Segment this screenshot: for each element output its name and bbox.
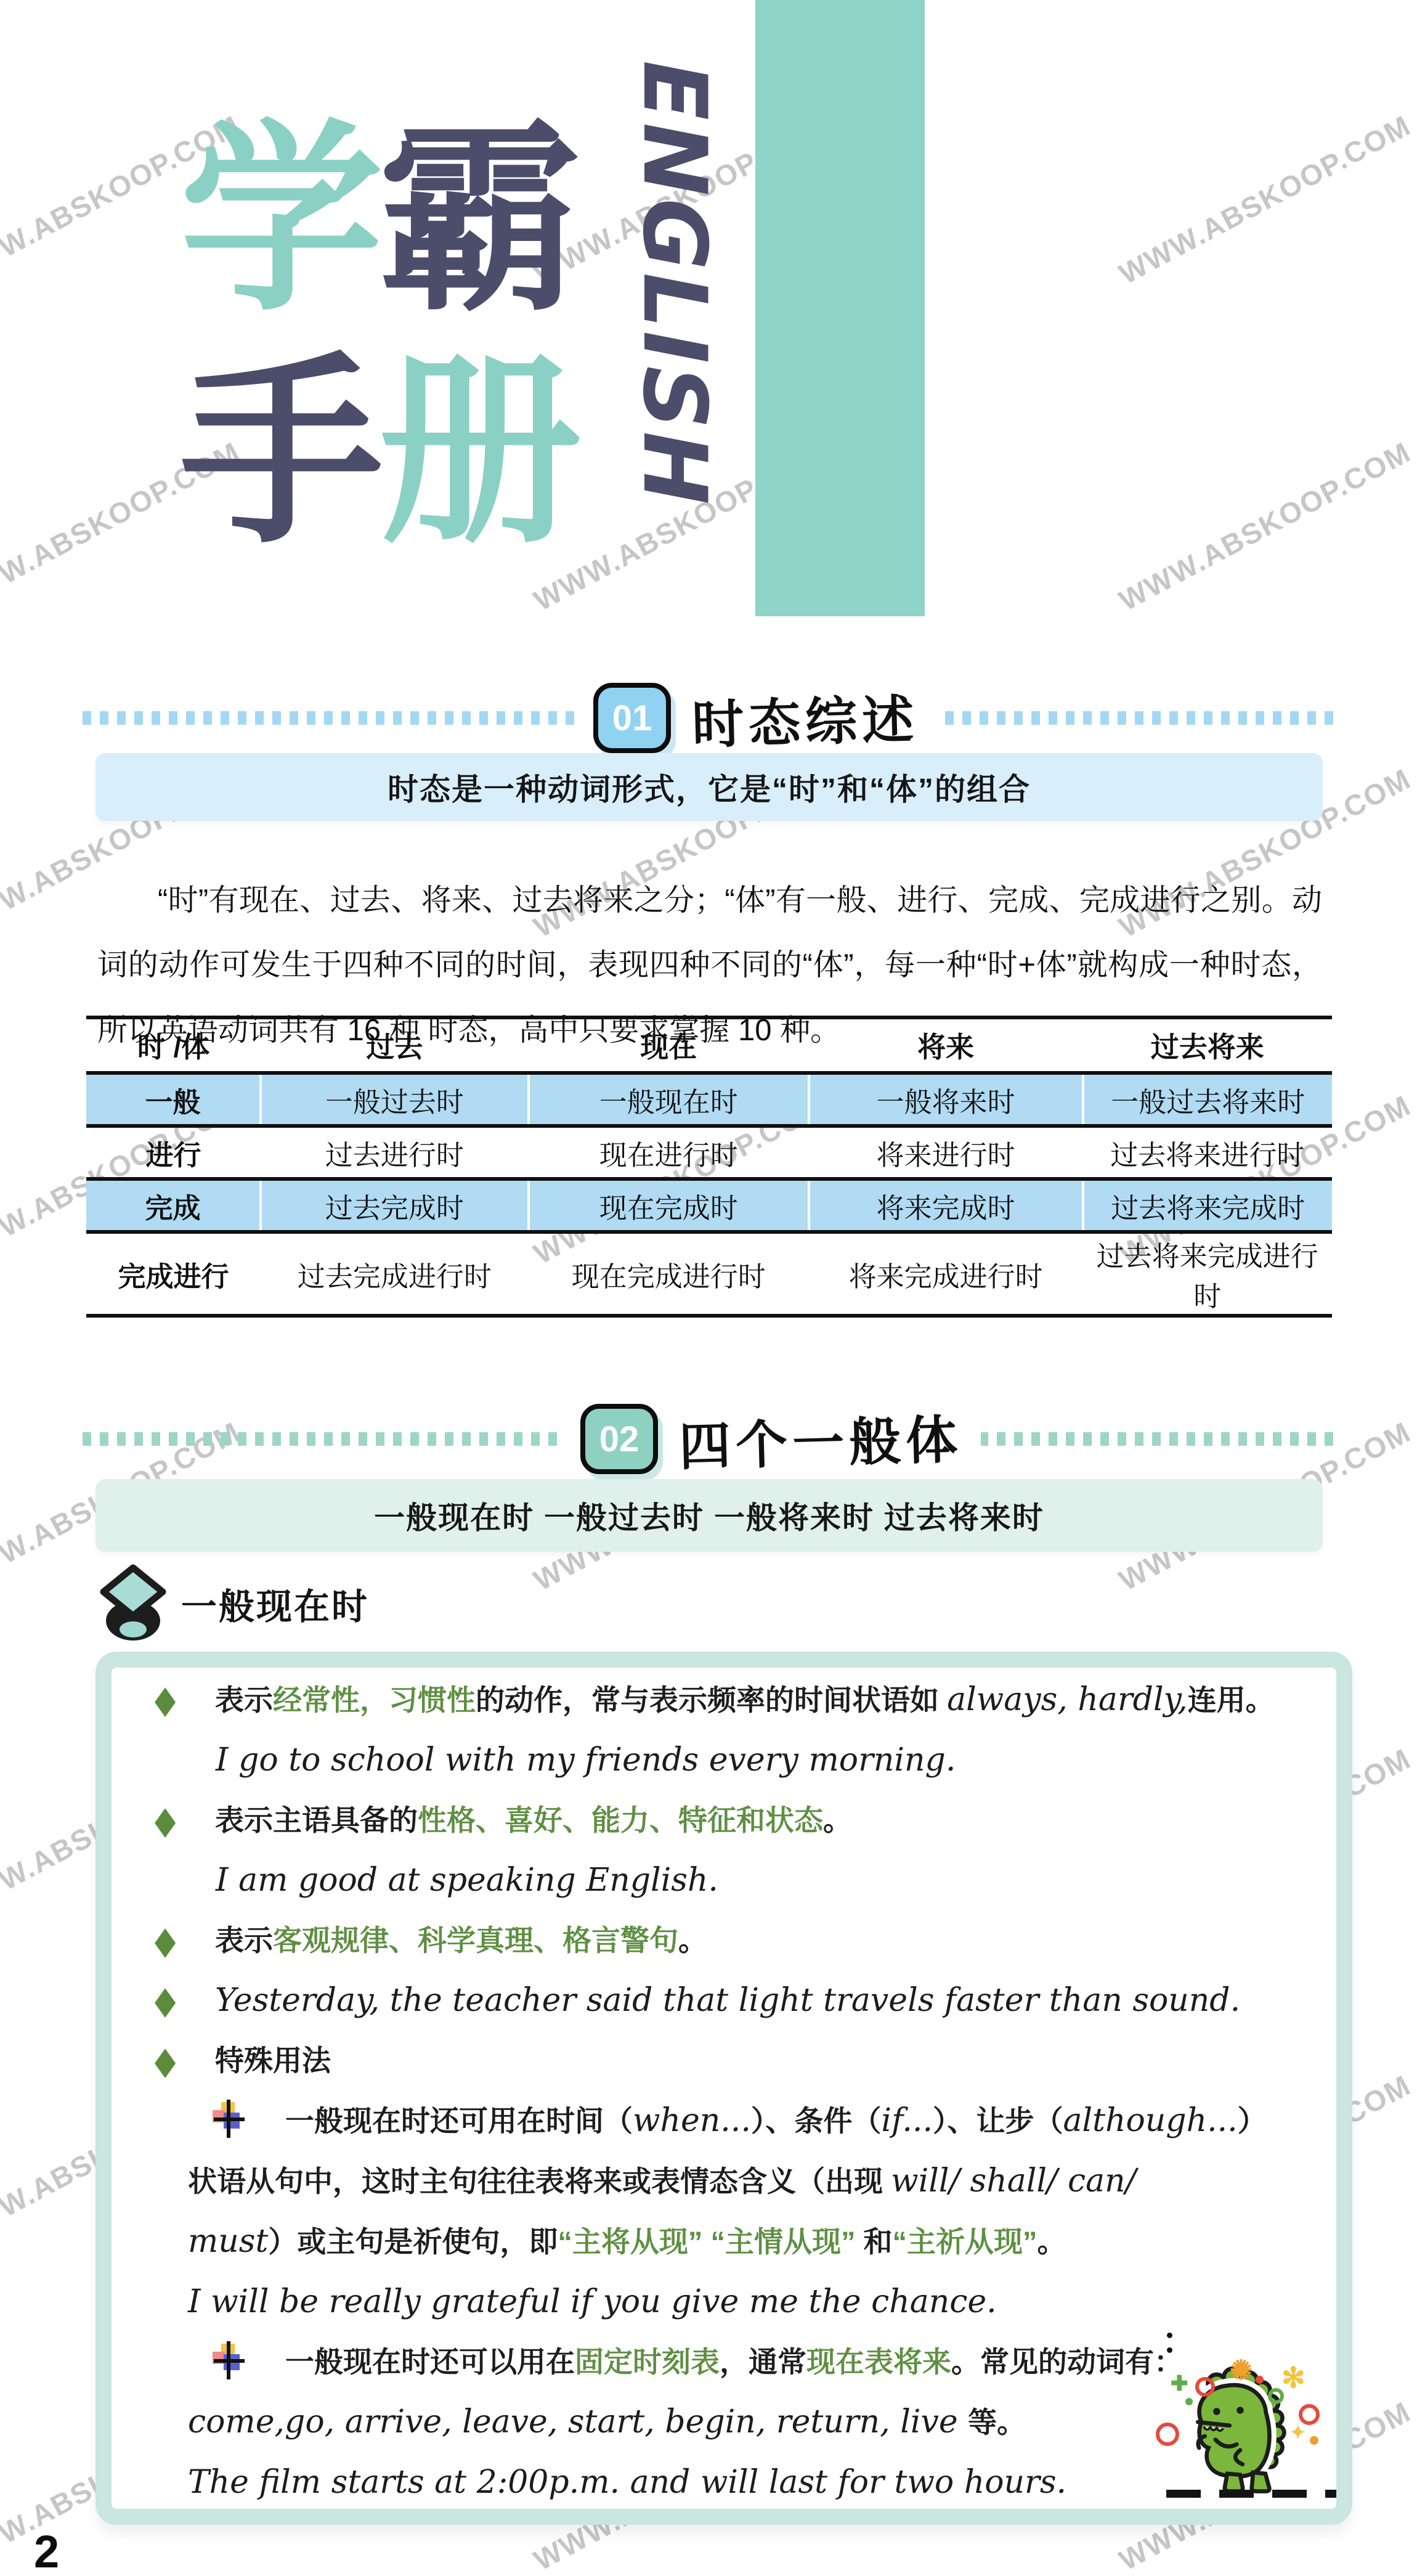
- table-cell: 一般过去时: [261, 1073, 529, 1126]
- text-segment-group: The film starts at 2:00p.m. and will las…: [188, 2463, 1318, 2503]
- table-cell: 进行: [86, 1126, 261, 1179]
- continuation-line: come,go, arrive, leave, start, begin, re…: [112, 2402, 1318, 2442]
- text-segment: ）、让步（: [933, 2105, 1063, 2137]
- text-segment: 。常见的动词有：: [951, 2346, 1183, 2378]
- tense-table: 时 /体过去现在将来过去将来 一般一般过去时一般现在时一般将来时一般过去将来时进…: [86, 1016, 1332, 1318]
- table-body: 一般一般过去时一般现在时一般将来时一般过去将来时进行过去进行时现在进行时将来进行…: [86, 1073, 1332, 1316]
- table-cell: 一般过去将来时: [1083, 1073, 1332, 1126]
- text-segment: 现在表将来: [806, 2346, 951, 2378]
- text-segment-group: come,go, arrive, leave, start, begin, re…: [188, 2402, 1318, 2442]
- table-cell: 完成: [86, 1179, 261, 1232]
- table-row: 完成进行过去完成进行时现在完成进行时将来完成进行时过去将来完成进行时: [86, 1232, 1332, 1316]
- continuation-line: must）或主句是祈使句，即“主将从现” “主情从现” 和“主祈从现”。: [112, 2222, 1318, 2262]
- example-line: I go to school with my friends every mor…: [112, 1740, 1318, 1780]
- text-segment: [702, 2225, 710, 2258]
- section-2-heading: 02 四个一般体: [562, 1399, 981, 1479]
- table-cell: 一般: [86, 1073, 261, 1126]
- confetti-icon: [1268, 2388, 1284, 2404]
- table-header-cell: 将来: [809, 1017, 1083, 1073]
- confetti-icon: [1156, 2423, 1179, 2446]
- text-segment: 表示: [215, 1684, 273, 1716]
- confetti-icon: ✻: [1281, 2363, 1305, 2392]
- table-cell: 一般将来时: [809, 1073, 1083, 1126]
- continuation-line: The film starts at 2:00p.m. and will las…: [112, 2463, 1318, 2503]
- text-segment-group: must）或主句是祈使句，即“主将从现” “主情从现” 和“主祈从现”。: [188, 2222, 1318, 2262]
- table-cell: 将来进行时: [809, 1126, 1083, 1179]
- text-segment: 经常性，习惯性: [273, 1684, 476, 1716]
- text-segment: 客观规律、科学真理、格言警句: [273, 1924, 678, 1957]
- watermark-text: WWW.ABSKOOP.COM: [1113, 108, 1416, 290]
- text-segment: “主将从现”: [558, 2225, 702, 2258]
- dinosaur-decoration: ✚✺✻✦: [1158, 2314, 1355, 2505]
- text-segment: will/ shall/ can/: [891, 2162, 1136, 2199]
- content-lines: ◆表示经常性，习惯性的动作，常与表示频率的时间状语如 always, hardl…: [112, 1668, 1336, 2503]
- confetti-icon: [1256, 2376, 1264, 2384]
- table-cell: 完成进行: [86, 1232, 261, 1316]
- logo-line: 学霸: [180, 104, 577, 336]
- table-cell: 过去完成时: [261, 1179, 529, 1232]
- logo-character: 手: [180, 339, 378, 566]
- confetti-icon: ✦: [1290, 2424, 1305, 2442]
- diamond-bullet-icon: ◆: [151, 2033, 179, 2089]
- text-segment: I will be really grateful if you give me…: [188, 2283, 997, 2320]
- table-row: 完成过去完成时现在完成时将来完成时过去将来完成时: [86, 1179, 1332, 1232]
- pin-icon: [213, 2102, 245, 2139]
- text-segment: 和: [855, 2225, 892, 2258]
- sub-bullet-item: 一般现在时还可以用在固定时刻表，通常现在表将来。常见的动词有：: [112, 2342, 1318, 2382]
- text-segment: “主祈从现”: [893, 2225, 1037, 2258]
- table-cell: 一般现在时: [529, 1073, 809, 1126]
- page-number: 2: [34, 2525, 59, 2576]
- text-segment: always, hardly,: [947, 1681, 1188, 1718]
- table-header-row: 时 /体过去现在将来过去将来: [86, 1017, 1332, 1073]
- text-segment-group: I go to school with my friends every mor…: [216, 1740, 1318, 1780]
- section-number-badge: 01: [593, 683, 671, 753]
- table-cell: 过去将来完成进行时: [1083, 1232, 1332, 1316]
- logo-line: 手册: [180, 336, 577, 569]
- example-line: I am good at speaking English.: [112, 1861, 1318, 1901]
- sub-bullet-item: 一般现在时还可用在时间（when...）、条件（if...）、让步（althou…: [112, 2101, 1318, 2141]
- text-segment: 的动作，常与表示频率的时间状语如: [476, 1684, 947, 1716]
- text-segment: 固定时刻表: [575, 2346, 720, 2378]
- confetti-icon: [1167, 2333, 1172, 2338]
- text-segment: Yesterday, the teacher said that light t…: [215, 1982, 1240, 2019]
- text-segment-group: 表示客观规律、科学真理、格言警句。: [215, 1921, 1318, 1960]
- text-segment: 特殊用法: [215, 2044, 331, 2077]
- table-cell: 现在进行时: [529, 1126, 809, 1179]
- text-segment-group: 一般现在时还可用在时间（when...）、条件（if...）、让步（althou…: [285, 2101, 1318, 2141]
- confetti-icon: [1299, 2404, 1320, 2425]
- text-segment: I am good at speaking English.: [216, 1862, 718, 1899]
- text-segment: I go to school with my friends every mor…: [216, 1742, 956, 1779]
- section-number-badge: 02: [580, 1404, 658, 1474]
- confetti-icon: [1310, 2436, 1318, 2445]
- text-segment: must: [188, 2223, 268, 2260]
- section-1-heading: 01 时态综述: [575, 678, 937, 758]
- section-1-divider: 01 时态综述: [80, 678, 1337, 758]
- confetti-icon: ✚: [1171, 2373, 1188, 2394]
- confetti-icon: ✺: [1230, 2357, 1253, 2384]
- bullet-item: ◆表示客观规律、科学真理、格言警句。: [112, 1921, 1318, 1960]
- text-segment-group: I will be really grateful if you give me…: [188, 2282, 1318, 2322]
- text-segment-group: 表示主语具备的性格、喜好、能力、特征和状态。: [215, 1801, 1318, 1840]
- subsection-label: 一般现在时: [181, 1578, 369, 1629]
- text-segment-group: 表示经常性，习惯性的动作，常与表示频率的时间状语如 always, hardly…: [215, 1680, 1318, 1720]
- text-segment-group: I am good at speaking English.: [216, 1861, 1318, 1901]
- text-segment-group: Yesterday, the teacher said that light t…: [215, 1981, 1318, 2021]
- text-segment: 状语从句中，这时主句往往表将来或表情态含义（出现: [188, 2165, 891, 2198]
- text-segment: if...: [881, 2102, 933, 2139]
- table-row: 一般一般过去时一般现在时一般将来时一般过去将来时: [86, 1073, 1332, 1126]
- text-segment: “主情从现”: [710, 2225, 855, 2258]
- confetti-icon: [1185, 2398, 1193, 2405]
- bullet-item: ◆特殊用法: [112, 2041, 1318, 2081]
- text-segment: ）、条件（: [751, 2105, 882, 2137]
- table-cell: 过去完成进行时: [261, 1232, 529, 1316]
- table-cell: 将来完成进行时: [809, 1232, 1083, 1316]
- diamond-bullet-icon: ◆: [151, 1913, 179, 1968]
- section-1-banner: 时态是一种动词形式，它是“时”和“体”的组合: [95, 753, 1323, 821]
- ground-dashed-line: [1166, 2490, 1336, 2498]
- diamond-bullet-icon: ◆: [151, 1672, 179, 1727]
- table-cell: 过去将来完成时: [1083, 1179, 1332, 1232]
- text-segment: come,go, arrive, leave, start, begin, re…: [188, 2403, 968, 2440]
- table-cell: 将来完成时: [809, 1179, 1083, 1232]
- text-segment: 表示: [215, 1924, 273, 1957]
- watermark-text: WWW.ABSKOOP.COM: [1113, 434, 1416, 617]
- diamond-bullet-icon: ◆: [151, 1973, 179, 2028]
- text-segment: when...: [633, 2102, 751, 2139]
- bullet-item: ◆表示经常性，习惯性的动作，常与表示频率的时间状语如 always, hardl…: [112, 1680, 1318, 1720]
- text-segment-group: 状语从句中，这时主句往往表将来或表情态含义（出现 will/ shall/ ca…: [188, 2161, 1318, 2201]
- text-segment: 。: [1037, 2225, 1066, 2258]
- text-segment: 等。: [968, 2406, 1026, 2439]
- table-header-cell: 过去将来: [1083, 1017, 1332, 1073]
- diamond-bullet-icon: ◆: [151, 1793, 179, 1848]
- table-header-cell: 过去: [261, 1017, 529, 1073]
- table-cell: 现在完成进行时: [529, 1232, 809, 1316]
- logo-character: 霸: [378, 106, 577, 333]
- text-segment-group: 特殊用法: [215, 2041, 1318, 2081]
- graduation-cap-icon: [100, 1564, 166, 1643]
- text-segment: The film starts at 2:00p.m. and will las…: [188, 2464, 1066, 2501]
- text-segment: 连用。: [1188, 1684, 1275, 1716]
- table-header-cell: 时 /体: [86, 1017, 261, 1073]
- section-2-divider: 02 四个一般体: [80, 1399, 1337, 1479]
- logo-character: 学: [180, 106, 378, 333]
- table-cell: 过去将来进行时: [1083, 1126, 1332, 1179]
- continuation-line: I will be really grateful if you give me…: [112, 2282, 1318, 2322]
- section-title: 四个一般体: [678, 1398, 963, 1480]
- text-segment: 。: [823, 1804, 852, 1836]
- table-cell: 过去进行时: [261, 1126, 529, 1179]
- confetti-icon: [1195, 2377, 1215, 2397]
- bullet-item: ◆表示主语具备的性格、喜好、能力、特征和状态。: [112, 1801, 1318, 1840]
- text-segment: 一般现在时还可以用在: [285, 2346, 575, 2378]
- bullet-item: ◆Yesterday, the teacher said that light …: [112, 1981, 1318, 2021]
- text-segment: 。: [678, 1924, 707, 1957]
- table-head: 时 /体过去现在将来过去将来: [86, 1017, 1332, 1073]
- text-segment: although...: [1063, 2102, 1237, 2139]
- logo-study-handbook: 学霸 手册: [180, 104, 577, 569]
- table-header-cell: 现在: [529, 1017, 809, 1073]
- text-segment: ）或主句是祈使句，即: [268, 2225, 558, 2258]
- pin-icon-part: [214, 2359, 245, 2363]
- english-vertical-label: ENGLISH: [623, 60, 725, 603]
- pin-icon-part: [214, 2117, 245, 2121]
- logo-character: 册: [378, 339, 577, 566]
- table-cell: 现在完成时: [529, 1179, 809, 1232]
- table-row: 进行过去进行时现在进行时将来进行时过去将来进行时: [86, 1126, 1332, 1179]
- text-segment: ）: [1238, 2105, 1267, 2137]
- text-segment: ，通常: [720, 2346, 806, 2378]
- pin-icon: [213, 2344, 245, 2381]
- confetti-icon: [1167, 2347, 1172, 2353]
- teal-accent-bar: [755, 0, 925, 616]
- continuation-line: 状语从句中，这时主句往往表将来或表情态含义（出现 will/ shall/ ca…: [112, 2161, 1318, 2201]
- subsection-heading: 一般现在时: [100, 1564, 369, 1643]
- text-segment: 表示主语具备的: [215, 1804, 418, 1836]
- section-title: 时态综述: [691, 678, 919, 759]
- text-segment: 性格、喜好、能力、特征和状态: [418, 1804, 823, 1836]
- section-2-banner: 一般现在时 一般过去时 一般将来时 过去将来时: [95, 1479, 1323, 1552]
- text-segment: 一般现在时还可用在时间（: [285, 2105, 633, 2137]
